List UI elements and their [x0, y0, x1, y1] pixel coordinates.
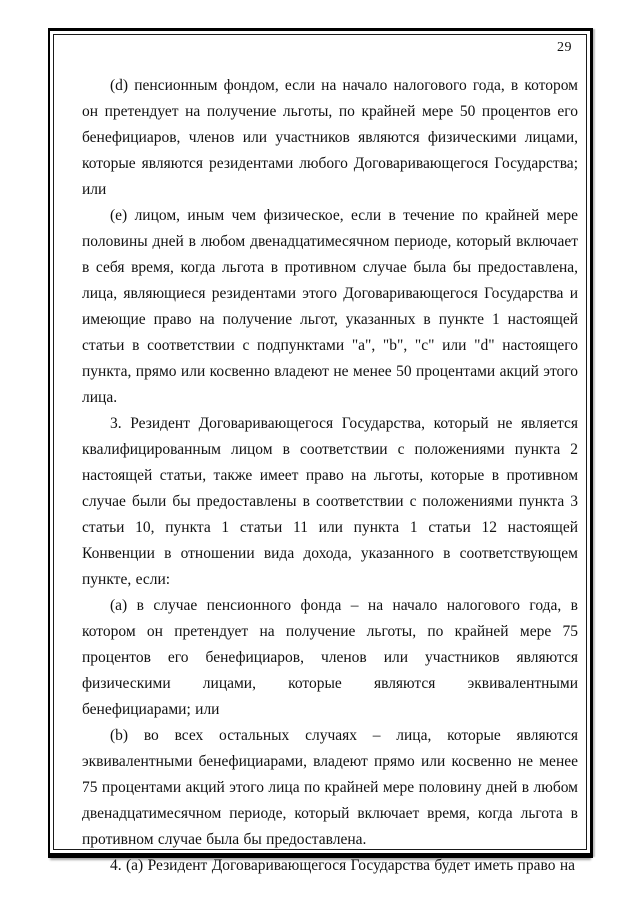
document-content: 29 (d) пенсионным фондом, если на начало…	[54, 35, 586, 849]
paragraph-3: 3. Резидент Договаривающегося Государств…	[82, 411, 578, 593]
document-body: (d) пенсионным фондом, если на начало на…	[82, 73, 578, 879]
scanned-document-page: 29 (d) пенсионным фондом, если на начало…	[0, 0, 640, 905]
paragraph-d: (d) пенсионным фондом, если на начало на…	[82, 73, 578, 203]
document-inner-frame: 29 (d) пенсионным фондом, если на начало…	[53, 34, 587, 850]
paragraph-4a: 4. (a) Резидент Договаривающегося Госуда…	[82, 853, 578, 879]
paragraph-e: (e) лицом, иным чем физическое, если в т…	[82, 203, 578, 411]
paragraph-3b: (b) во всех остальных случаях – лица, ко…	[82, 723, 578, 853]
page-number: 29	[82, 40, 578, 56]
paragraph-3a: (a) в случае пенсионного фонда – на нача…	[82, 593, 578, 723]
document-outer-frame: 29 (d) пенсионным фондом, если на начало…	[48, 28, 593, 858]
